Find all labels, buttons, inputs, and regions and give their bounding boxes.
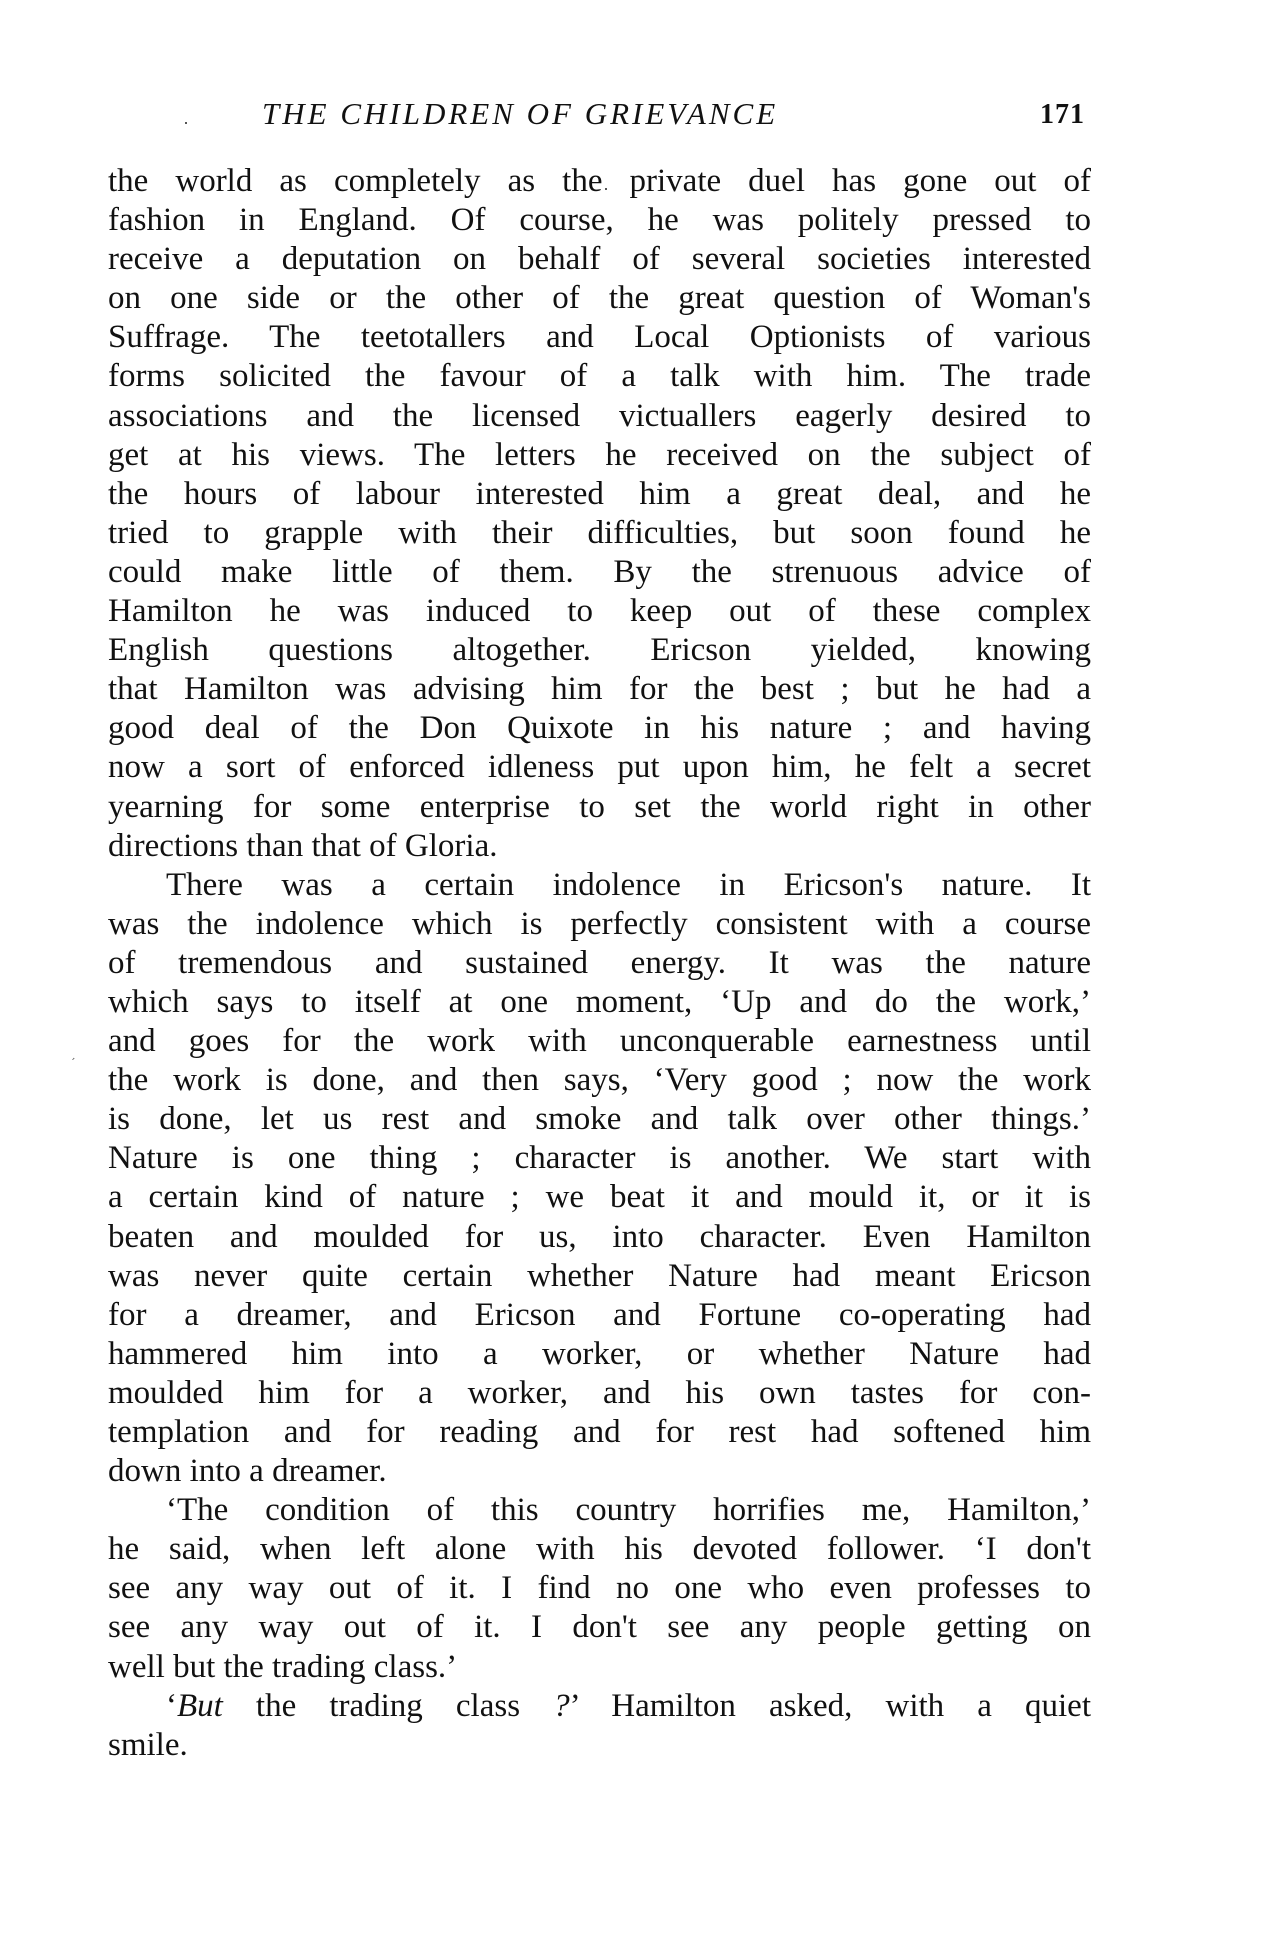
text-line: on one side or the other of the great qu… (108, 279, 1091, 318)
text-line: ‘But the trading class ?’ Hamilton asked… (108, 1687, 1091, 1726)
text-line: English questions altogether. Ericson yi… (108, 631, 1091, 670)
text-line: moulded him for a worker, and his own ta… (108, 1374, 1091, 1413)
body-text: the world as completely as the private d… (108, 162, 1091, 1765)
paragraph-3: ‘The condition of this country horrifies… (108, 1491, 1091, 1686)
text-line: the work is done, and then says, ‘Very g… (108, 1061, 1091, 1100)
text-line: ‘The condition of this country horrifies… (108, 1491, 1091, 1530)
emphasis-text: But (177, 1688, 223, 1724)
text-line: for a dreamer, and Ericson and Fortune c… (108, 1296, 1091, 1335)
text-line: and goes for the work with unconquerable… (108, 1022, 1091, 1061)
text-line: is done, let us rest and smoke and talk … (108, 1100, 1091, 1139)
text-line: tried to grapple with their difficulties… (108, 514, 1091, 553)
text-line: see any way out of it. I find no one who… (108, 1569, 1091, 1608)
text-line: smile. (108, 1726, 1091, 1765)
text-line: good deal of the Don Quixote in his natu… (108, 709, 1091, 748)
paragraph-4: ‘But the trading class ?’ Hamilton asked… (108, 1687, 1091, 1765)
book-page: THE CHILDREN OF GRIEVANCE 171 the world … (0, 0, 1276, 1937)
text-line: Nature is one thing ; character is anoth… (108, 1139, 1091, 1178)
text-line: a certain kind of nature ; we beat it an… (108, 1178, 1091, 1217)
text-line: see any way out of it. I don't see any p… (108, 1608, 1091, 1647)
text-line: down into a dreamer. (108, 1452, 1091, 1491)
text-fragment: the trading class (223, 1688, 553, 1724)
page-number: 171 (1040, 98, 1085, 132)
emphasis-text: ? (553, 1688, 570, 1724)
text-line: well but the trading class.’ (108, 1648, 1091, 1687)
text-line: There was a certain indolence in Ericson… (108, 866, 1091, 905)
text-line: yearning for some enterprise to set the … (108, 788, 1091, 827)
paragraph-1: the world as completely as the private d… (108, 162, 1091, 866)
text-line: beaten and moulded for us, into characte… (108, 1218, 1091, 1257)
text-line: could make little of them. By the strenu… (108, 553, 1091, 592)
text-line: was never quite certain whether Nature h… (108, 1257, 1091, 1296)
text-line: directions than that of Gloria. (108, 827, 1091, 866)
text-fragment: ’ Hamilton asked, with a quiet (570, 1688, 1091, 1724)
text-line: which says to itself at one moment, ‘Up … (108, 983, 1091, 1022)
paragraph-2: There was a certain indolence in Ericson… (108, 866, 1091, 1492)
text-line: Hamilton he was induced to keep out of t… (108, 592, 1091, 631)
scan-speck (185, 122, 187, 124)
text-line: get at his views. The letters he receive… (108, 436, 1091, 475)
text-line: that Hamilton was advising him for the b… (108, 670, 1091, 709)
text-line: forms solicited the favour of a talk wit… (108, 357, 1091, 396)
scan-speck (605, 188, 607, 190)
margin-mark: , (70, 1052, 87, 1068)
text-line: now a sort of enforced idleness put upon… (108, 748, 1091, 787)
text-line: of tremendous and sustained energy. It w… (108, 944, 1091, 983)
text-line: associations and the licensed victualler… (108, 397, 1091, 436)
text-fragment: ‘ (166, 1688, 177, 1724)
text-line: templation and for reading and for rest … (108, 1413, 1091, 1452)
text-line: Suffrage. The teetotallers and Local Opt… (108, 318, 1091, 357)
text-line: fashion in England. Of course, he was po… (108, 201, 1091, 240)
text-line: was the indolence which is perfectly con… (108, 905, 1091, 944)
text-line: hammered him into a worker, or whether N… (108, 1335, 1091, 1374)
text-line: the world as completely as the private d… (108, 162, 1091, 201)
text-line: receive a deputation on behalf of severa… (108, 240, 1091, 279)
running-title: THE CHILDREN OF GRIEVANCE (262, 96, 942, 132)
text-line: the hours of labour interested him a gre… (108, 475, 1091, 514)
text-line: he said, when left alone with his devote… (108, 1530, 1091, 1569)
